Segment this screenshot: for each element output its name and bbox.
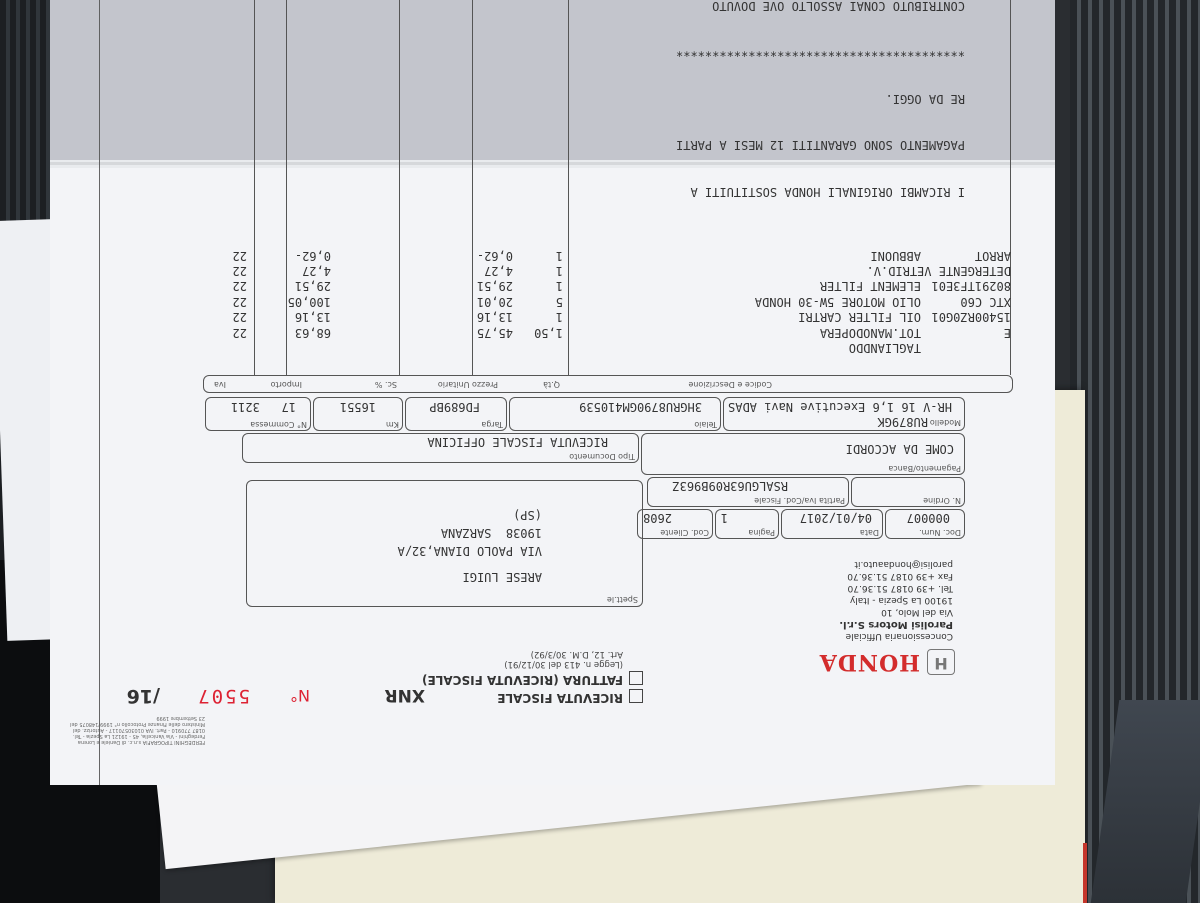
cell-iva: 22: [233, 309, 247, 324]
cell-iva: 22: [233, 293, 247, 308]
cell-code: XTC C60: [960, 293, 1011, 308]
cell-qty: 1,50: [534, 324, 563, 339]
receipt-year-suffix: /16: [127, 685, 160, 707]
brand-name: HONDA: [819, 649, 920, 675]
cell-code: DETERGENTE VETRID.V.: [867, 263, 1012, 278]
col-header-qty: Q.tà: [543, 380, 560, 389]
warranty-line-2: PAGAMENTO SONO GARANTITI 12 MESI A PARTI: [676, 137, 965, 153]
cell-unit: 4,27: [484, 263, 513, 278]
fattura-checkbox[interactable]: [629, 671, 643, 685]
cell-iva: 22: [233, 278, 247, 293]
document-type-field: Tipo Documento RICEVUTA FISCALE OFFICINA: [242, 433, 639, 463]
chassis-field: Telaio 3HGRU8790GM410539: [509, 397, 721, 431]
receipt: XNR N° 5507 /16 RICEVUTA FISCALE FATTURA…: [50, 0, 1055, 785]
col-header-vat: Iva: [214, 380, 226, 389]
separator: ****************************************: [676, 44, 965, 60]
number-symbol: N°: [290, 686, 310, 705]
cell-qty: 1: [556, 247, 563, 262]
cell-unit: 45,75: [477, 324, 513, 339]
col-header-description: Codice e Descrizione: [688, 380, 772, 389]
table-header: Codice e Descrizione Q.tà Prezzo Unitari…: [203, 375, 1013, 393]
cell-iva: 22: [233, 247, 247, 262]
customer-province: (SP): [513, 508, 542, 522]
dealer-email: parolisi@hondaauto.it: [839, 558, 953, 570]
plate-field: Targa FD689BP: [405, 397, 507, 431]
cell-desc: OIL FILTER CARTRI: [798, 309, 921, 324]
cell-iva: 22: [233, 324, 247, 339]
cell-qty: 5: [556, 293, 563, 308]
warranty-line-1: I RICAMBI ORIGINALI HONDA SOSTITUITI A: [676, 184, 965, 200]
cell-amount: 0,62-: [295, 247, 331, 262]
cell-desc: TOT.MANODOPERA: [820, 324, 921, 339]
conai-note: CONTRIBUTO CONAI ASSOLTO OVE DOVUTO: [676, 0, 965, 13]
cell-qty: 1: [556, 278, 563, 293]
payment-field: Pagamento/Banca COME DA ACCORDI: [641, 433, 965, 475]
cell-code: 80291TF3E01: [932, 278, 1011, 293]
cell-iva: 22: [233, 263, 247, 278]
col-header-discount: Sc. %: [375, 380, 397, 389]
cell-desc: ABBUONI: [870, 247, 921, 262]
page-field: Pagina 1: [715, 509, 779, 539]
cell-amount: 29,51: [295, 278, 331, 293]
cell-unit: 13,16: [477, 309, 513, 324]
customer-street: VIA PAOLO DIANA,32/A: [398, 544, 543, 558]
honda-logo-icon: H: [927, 649, 955, 675]
cell-amount: 100,05: [288, 293, 331, 308]
km-field: Km 16551: [313, 397, 403, 431]
dealer-tel: Tel. +39 0187 51.36.70: [839, 582, 953, 594]
dealer-city: 19100 La Spezia - Italy: [839, 594, 953, 606]
cell-desc: OLIO MOTORE 5W-30 HONDA: [755, 293, 921, 308]
receipt-series: XNR: [385, 685, 425, 705]
order-number-field: N. Ordine: [851, 477, 965, 507]
dealer-name: Parolisi Motors S.r.l.: [839, 618, 953, 630]
vat-number-field: Partita Iva/Cod. Fiscale RSALGU63R09B963…: [647, 477, 849, 507]
customer-box: Spett.le ARESE LUIGI VIA PAOLO DIANA,32/…: [246, 480, 643, 607]
warranty-line-3: RE DA OGGI.: [676, 91, 965, 107]
cell-code: E: [1004, 324, 1011, 339]
legal-reference: (Legge n. 413 del 30/12/91) Art. 12, D.M…: [504, 649, 623, 669]
cell-unit: 0,62-: [477, 247, 513, 262]
cell-qty: 1: [556, 309, 563, 324]
col-header-amount: Importo: [271, 380, 302, 389]
cell-amount: 4,27: [302, 263, 331, 278]
dealer-fax: Fax +39 0187 51.36.70: [839, 570, 953, 582]
dealer-info: Concessionaria Ufficiale Parolisi Motors…: [839, 558, 953, 642]
model-field: Modello RU879GK HR-V 16 1,6 Executive Na…: [723, 397, 965, 431]
dealer-subtitle: Concessionaria Ufficiale: [839, 630, 953, 642]
cell-code: ARROT: [975, 247, 1011, 262]
cell-code: 15400RZ0G01: [932, 309, 1011, 324]
job-number-field: N° Commessa 17 3211: [205, 397, 311, 431]
dealer-address: Via del Molo, 10: [839, 606, 953, 618]
cell-desc: ELEMENT FILTER: [820, 278, 921, 293]
cell-desc: TAGLIANDDO: [849, 340, 921, 355]
customer-code-field: Cod. Cliente 2608: [637, 509, 713, 539]
date-field: Data 04/01/2017: [781, 509, 883, 539]
receipt-number: 5507: [196, 685, 250, 707]
fattura-label: FATTURA (RICEVUTA FISCALE): [422, 673, 623, 687]
ricevuta-fiscale-label: RICEVUTA FISCALE: [497, 691, 623, 705]
doc-num-field: Doc. Num. 000007: [885, 509, 965, 539]
customer-city: 19038 SARZANA: [441, 526, 542, 540]
col-header-unit-price: Prezzo Unitario: [438, 380, 498, 389]
cell-amount: 13,16: [295, 309, 331, 324]
ricevuta-fiscale-checkbox[interactable]: [629, 689, 643, 703]
cell-unit: 20,01: [477, 293, 513, 308]
receipt-notes: I RICAMBI ORIGINALI HONDA SOSTITUITI A P…: [676, 0, 965, 230]
printer-note: FERDEGHINI TIPOGRAFIA s.n.c. di Daniele …: [65, 715, 205, 745]
cell-amount: 68,63: [295, 324, 331, 339]
customer-name: ARESE LUIGI: [463, 570, 542, 584]
cell-qty: 1: [556, 263, 563, 278]
car-seat-right: [1070, 0, 1200, 903]
cell-unit: 29,51: [477, 278, 513, 293]
